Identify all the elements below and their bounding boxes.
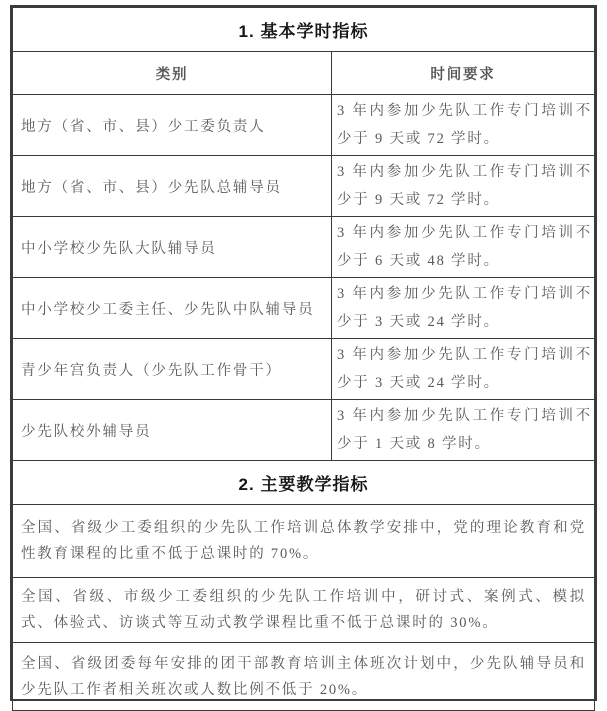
table-row: 中小学校少先队大队辅导员 3 年内参加少先队工作专门培训不少于 6 天或 48 … bbox=[13, 217, 595, 278]
paragraph-text: 全国、省级、市级少工委组织的少先队工作培训中，研讨式、案例式、模拟式、体验式、访… bbox=[13, 578, 595, 643]
section2-title: 2. 主要教学指标 bbox=[13, 461, 595, 505]
requirement-cell: 3 年内参加少先队工作专门培训不少于 1 天或 8 学时。 bbox=[332, 400, 595, 461]
column-header-row: 类别 时间要求 bbox=[13, 52, 595, 95]
paragraph-text: 全国、省级少工委组织的少先队工作培训总体教学安排中，党的理论教育和党性教育课程的… bbox=[13, 505, 595, 578]
paragraph-row: 全国、省级少工委组织的少先队工作培训总体教学安排中，党的理论教育和党性教育课程的… bbox=[13, 505, 595, 578]
column-header-requirement: 时间要求 bbox=[332, 52, 595, 95]
table-row: 少先队校外辅导员 3 年内参加少先队工作专门培训不少于 1 天或 8 学时。 bbox=[13, 400, 595, 461]
indicators-table: 1. 基本学时指标 类别 时间要求 地方（省、市、县）少工委负责人 3 年内参加… bbox=[12, 7, 595, 707]
requirement-cell: 3 年内参加少先队工作专门培训不少于 6 天或 48 学时。 bbox=[332, 217, 595, 278]
requirement-cell: 3 年内参加少先队工作专门培训不少于 9 天或 72 学时。 bbox=[332, 156, 595, 217]
column-header-category: 类别 bbox=[13, 52, 332, 95]
category-cell: 青少年宫负责人（少先队工作骨干） bbox=[13, 339, 332, 400]
table-row: 中小学校少工委主任、少先队中队辅导员 3 年内参加少先队工作专门培训不少于 3 … bbox=[13, 278, 595, 339]
requirement-cell: 3 年内参加少先队工作专门培训不少于 9 天或 72 学时。 bbox=[332, 95, 595, 156]
paragraph-row: 全国、省级、市级少工委组织的少先队工作培训中，研讨式、案例式、模拟式、体验式、访… bbox=[13, 578, 595, 643]
table-row: 地方（省、市、县）少工委负责人 3 年内参加少先队工作专门培训不少于 9 天或 … bbox=[13, 95, 595, 156]
category-cell: 地方（省、市、县）少先队总辅导员 bbox=[13, 156, 332, 217]
paragraph-row: 全国、省级团委每年安排的团干部教育培训主体班次计划中，少先队辅导员和少先队工作者… bbox=[13, 643, 595, 708]
requirement-cell: 3 年内参加少先队工作专门培训不少于 3 天或 24 学时。 bbox=[332, 278, 595, 339]
category-cell: 中小学校少先队大队辅导员 bbox=[13, 217, 332, 278]
document-page: { "colors": { "border": "#3b3b3b", "body… bbox=[0, 0, 607, 707]
category-cell: 地方（省、市、县）少工委负责人 bbox=[13, 95, 332, 156]
section1-title-row: 1. 基本学时指标 bbox=[13, 8, 595, 52]
table-row: 地方（省、市、县）少先队总辅导员 3 年内参加少先队工作专门培训不少于 9 天或… bbox=[13, 156, 595, 217]
category-cell: 中小学校少工委主任、少先队中队辅导员 bbox=[13, 278, 332, 339]
requirement-cell: 3 年内参加少先队工作专门培训不少于 3 天或 24 学时。 bbox=[332, 339, 595, 400]
paragraph-text: 全国、省级团委每年安排的团干部教育培训主体班次计划中，少先队辅导员和少先队工作者… bbox=[13, 643, 595, 708]
table-row: 青少年宫负责人（少先队工作骨干） 3 年内参加少先队工作专门培训不少于 3 天或… bbox=[13, 339, 595, 400]
category-cell: 少先队校外辅导员 bbox=[13, 400, 332, 461]
section1-title: 1. 基本学时指标 bbox=[13, 8, 595, 52]
document-table-frame: 1. 基本学时指标 类别 时间要求 地方（省、市、县）少工委负责人 3 年内参加… bbox=[10, 5, 597, 701]
section2-title-row: 2. 主要教学指标 bbox=[13, 461, 595, 505]
